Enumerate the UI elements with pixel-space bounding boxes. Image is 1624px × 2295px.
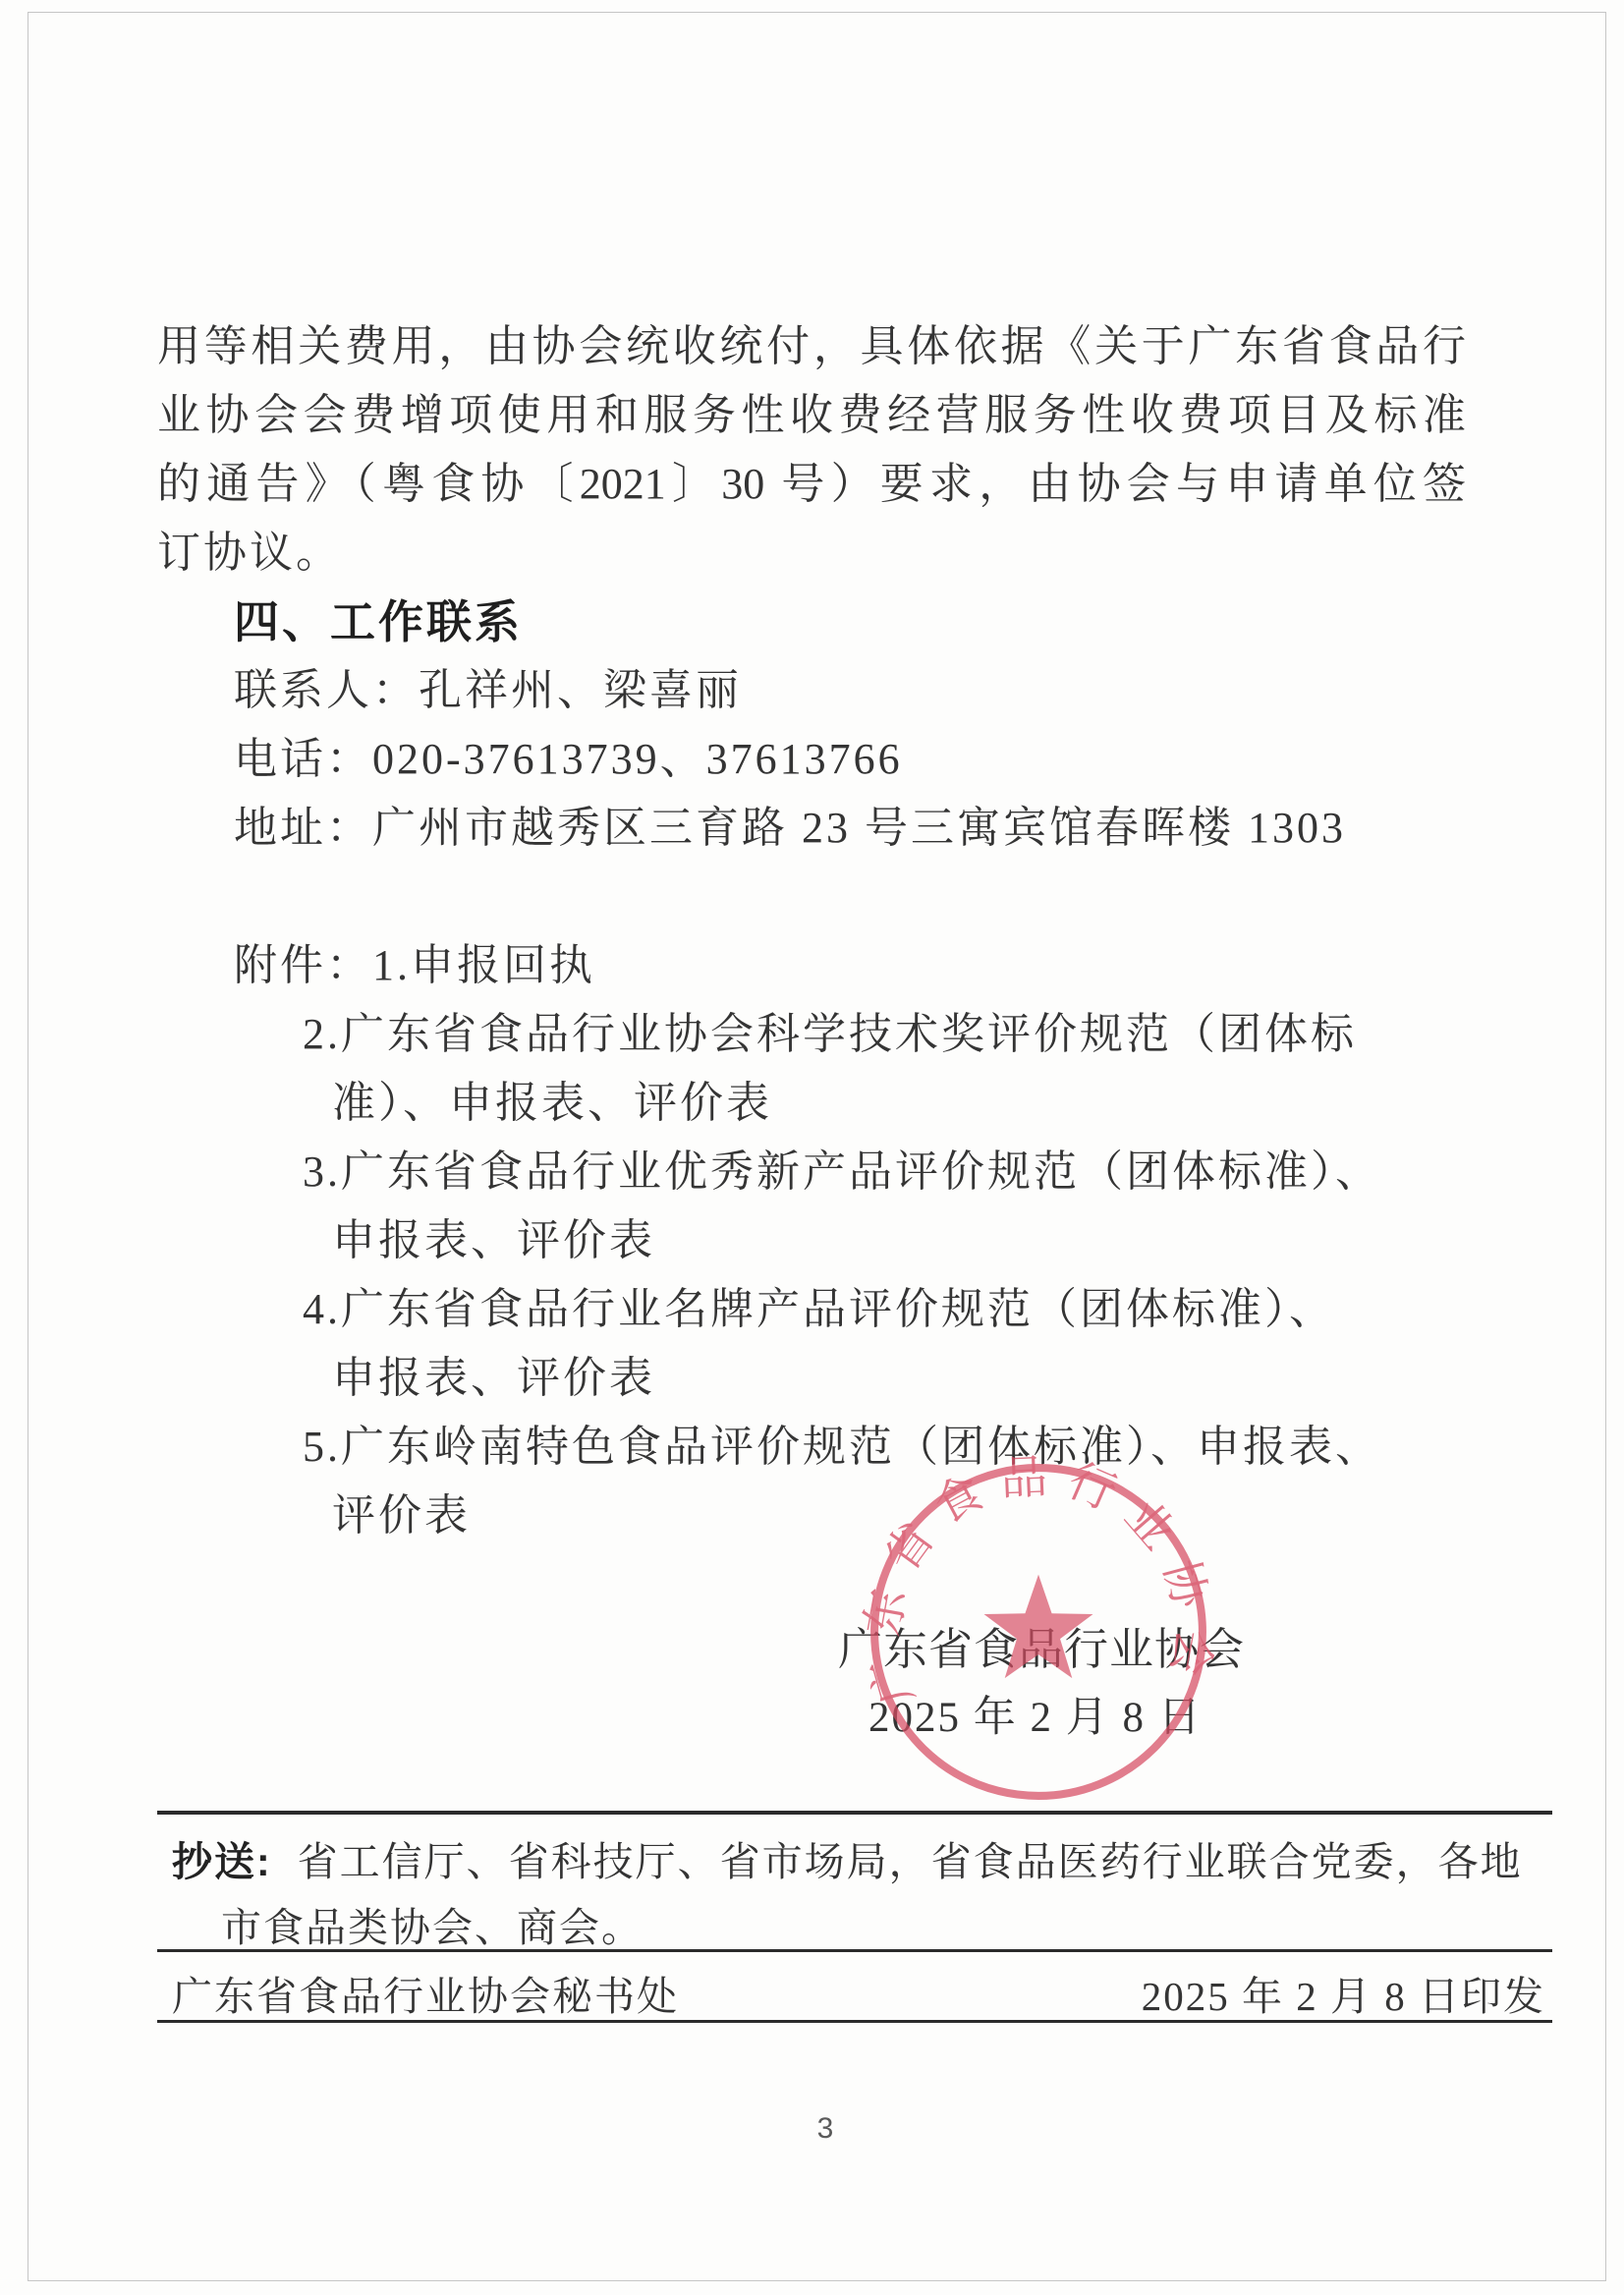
signature-organization: 广东省食品行业协会 [838,1613,1245,1677]
document-body: 用等相关费用，由协会统收统付，具体依据《关于广东省食品行 业协会会费增项使用和服… [157,312,1466,1550]
cc-line-continued: 市食品类协会、商会。 [221,1898,1498,1957]
attachment-line: 2.广东省食品行业协会科学技术奖评价规范（团体标 [303,1000,1466,1069]
paragraph-line: 用等相关费用，由协会统收统付，具体依据《关于广东省食品行 [157,312,1466,381]
attachment-line: 申报表、评价表 [332,1344,1466,1413]
page-number: 3 [0,2112,1624,2146]
attachments-label-line: 附件：1.申报回执 [234,931,1466,1000]
cc-recipients: 省工信厅、省科技厅、省市场局，省食品医药行业联合党委，各地 [298,1839,1523,1884]
paragraph-line: 的通告》（粤食协〔2021〕30 号）要求，由协会与申请单位签 [157,450,1466,519]
blank-line [157,863,1466,931]
attachment-line: 4.广东省食品行业名牌产品评价规范（团体标准）、 [303,1275,1466,1344]
contact-address-line: 地址：广州市越秀区三育路 23 号三寓宾馆春晖楼 1303 [234,794,1466,863]
footer-divider-middle [157,1949,1552,1952]
attachment-line: 申报表、评价表 [332,1206,1466,1275]
attachment-line: 准）、申报表、评价表 [332,1069,1466,1138]
paragraph-line: 业协会会费增项使用和服务性收费经营服务性收费项目及标准 [157,381,1466,450]
footer-divider-top [157,1811,1552,1815]
contact-phone-line: 电话：020-37613739、37613766 [234,725,1466,794]
attachment-line: 3.广东省食品行业优秀新产品评价规范（团体标准）、 [303,1138,1466,1206]
footer-divider-bottom [157,2020,1552,2023]
issuer-row: 广东省食品行业协会秘书处 2025 年 2 月 8 日印发 [172,1968,1545,2017]
attachment-line: 5.广东岭南特色食品评价规范（团体标准）、申报表、 [303,1413,1466,1482]
contact-person-line: 联系人：孔祥州、梁喜丽 [234,656,1466,725]
cc-label: 抄送: [172,1839,272,1884]
issuer-name: 广东省食品行业协会秘书处 [172,1964,679,2022]
cc-line: 抄送:省工信厅、省科技厅、省市场局，省食品医药行业联合党委，各地 [172,1832,1547,1891]
print-date: 2025 年 2 月 8 日印发 [1142,1964,1545,2022]
paragraph-line: 订协议。 [157,519,1466,588]
attachment-line: 评价表 [332,1482,1466,1550]
document-page: 用等相关费用，由协会统收统付，具体依据《关于广东省食品行 业协会会费增项使用和服… [0,0,1624,2295]
section-heading: 四、工作联系 [234,588,1466,656]
signature-date: 2025 年 2 月 8 日 [868,1684,1203,1744]
